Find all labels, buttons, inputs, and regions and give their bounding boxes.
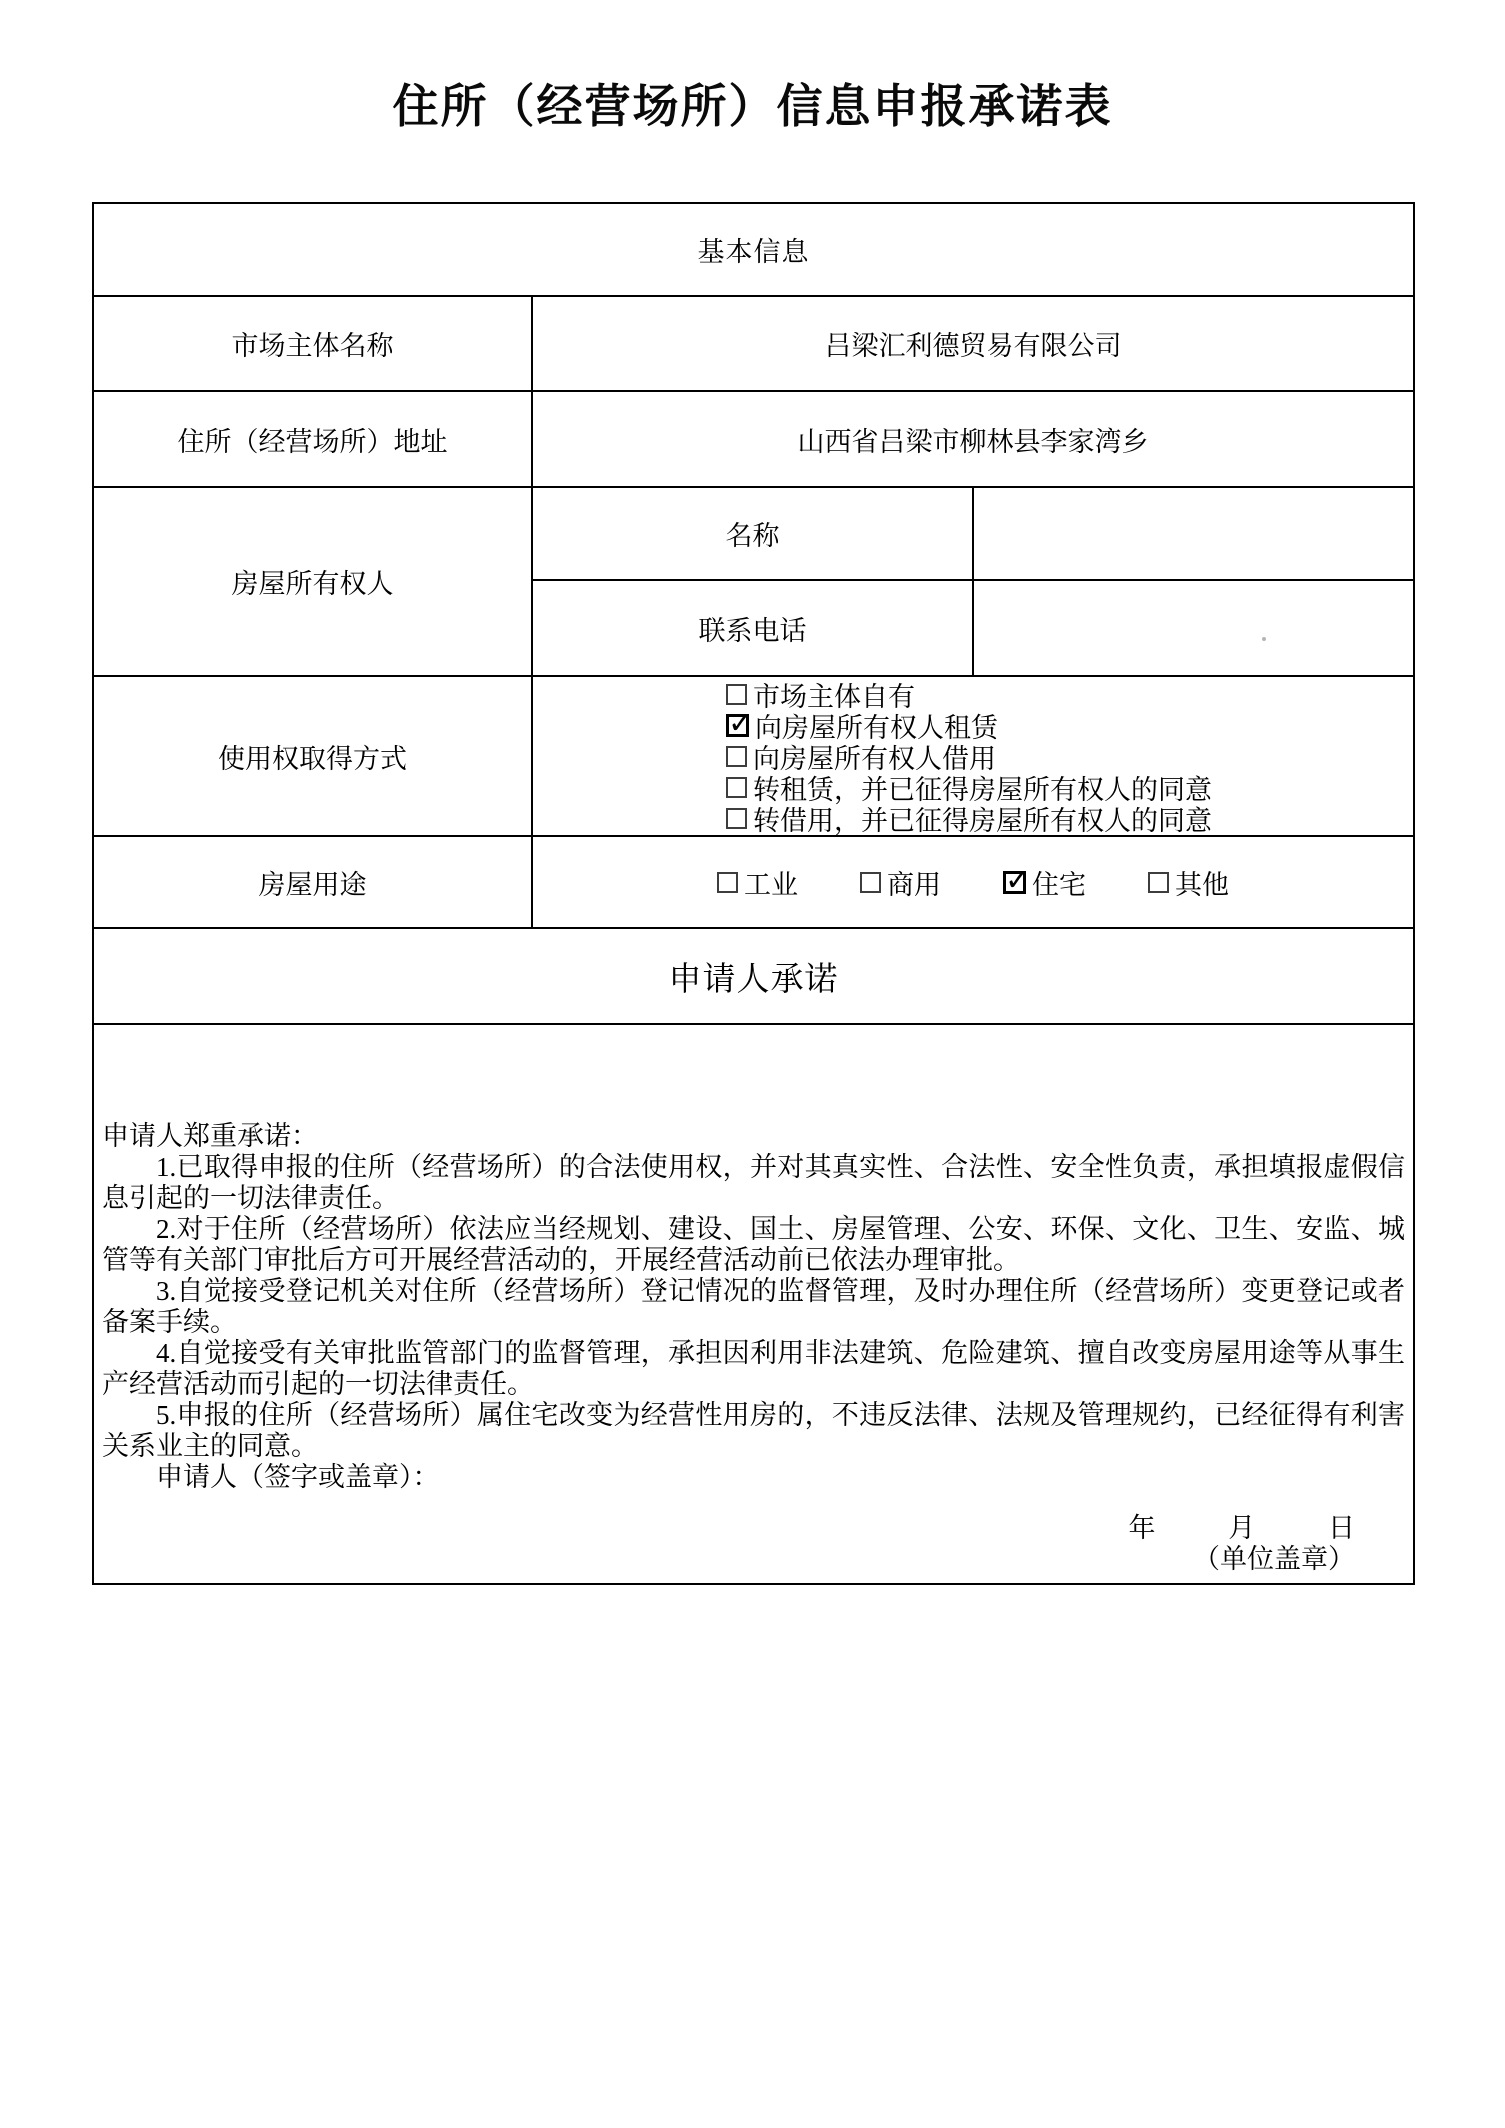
house-use-option-other[interactable]: 其他 xyxy=(1148,863,1229,902)
checkbox-icon[interactable] xyxy=(1148,872,1169,893)
house-use-option-residential[interactable]: 住宅 xyxy=(1003,863,1086,902)
date-day-label: 日 xyxy=(1328,1513,1355,1543)
house-use-option-label: 工业 xyxy=(744,863,798,902)
house-use-option-label: 其他 xyxy=(1175,863,1229,902)
commitment-item-4: 4.自觉接受有关审批监管部门的监督管理，承担因利用非法建筑、危险建筑、擅自改变房… xyxy=(102,1338,1405,1400)
checkbox-icon[interactable] xyxy=(726,777,747,798)
commitment-item-5: 5.申报的住所（经营场所）属住宅改变为经营性用房的，不违反法律、法规及管理规约，… xyxy=(102,1400,1405,1462)
house-use-option-label: 住宅 xyxy=(1032,863,1086,902)
owner-label: 房屋所有权人 xyxy=(93,487,532,676)
date-month-label: 月 xyxy=(1228,1513,1255,1543)
declaration-form-table: 基本信息 市场主体名称 吕梁汇利德贸易有限公司 住所（经营场所）地址 山西省吕梁… xyxy=(92,202,1415,1585)
commitment-item-1: 1.已取得申报的住所（经营场所）的合法使用权，并对其真实性、合法性、安全性负责，… xyxy=(102,1152,1405,1214)
entity-name-label: 市场主体名称 xyxy=(93,296,532,391)
stray-ink-mark xyxy=(1262,637,1266,641)
checkbox-icon[interactable] xyxy=(726,684,747,705)
checkbox-icon[interactable] xyxy=(726,808,747,829)
house-use-option-row: 工业 商用 住宅 其他 xyxy=(533,863,1413,902)
house-use-option-label: 商用 xyxy=(887,863,941,902)
commitment-item-3: 3.自觉接受登记机关对住所（经营场所）登记情况的监督管理，及时办理住所（经营场所… xyxy=(102,1276,1405,1338)
checkbox-checked-icon[interactable] xyxy=(726,714,749,737)
section-header-basic-info: 基本信息 xyxy=(93,203,1414,296)
usage-option-subborrow[interactable]: 转借用，并已征得房屋所有权人的同意 xyxy=(726,803,1413,834)
owner-phone-field[interactable] xyxy=(973,580,1414,676)
unit-seal-note: （单位盖章） xyxy=(1129,1544,1356,1575)
owner-name-field[interactable] xyxy=(973,487,1414,580)
owner-phone-label: 联系电话 xyxy=(532,580,973,676)
form-page: 住所（经营场所）信息申报承诺表 基本信息 市场主体名称 吕梁汇利德贸易有限公司 … xyxy=(0,0,1505,2128)
house-use-option-industrial[interactable]: 工业 xyxy=(717,863,798,902)
checkbox-checked-icon[interactable] xyxy=(1003,871,1026,894)
house-use-option-commercial[interactable]: 商用 xyxy=(860,863,941,902)
date-line: 年 月 日 xyxy=(1129,1513,1356,1544)
address-value: 山西省吕梁市柳林县李家湾乡 xyxy=(532,391,1414,487)
commitment-intro: 申请人郑重承诺： xyxy=(102,1121,1405,1152)
usage-right-label: 使用权取得方式 xyxy=(93,676,532,836)
usage-right-options: 市场主体自有 向房屋所有权人租赁 向房屋所有权人借用 转租赁，并已征得房屋所有权… xyxy=(532,676,1414,836)
entity-name-value: 吕梁汇利德贸易有限公司 xyxy=(532,296,1414,391)
section-header-applicant-commitment: 申请人承诺 xyxy=(93,928,1414,1024)
owner-name-label: 名称 xyxy=(532,487,973,580)
date-year-label: 年 xyxy=(1129,1513,1156,1543)
checkbox-icon[interactable] xyxy=(860,872,881,893)
house-use-label: 房屋用途 xyxy=(93,836,532,928)
commitment-item-2: 2.对于住所（经营场所）依法应当经规划、建设、国土、房屋管理、公安、环保、文化、… xyxy=(102,1214,1405,1276)
signature-label: 申请人（签字或盖章）： xyxy=(102,1462,1405,1493)
commitment-cell: 申请人郑重承诺： 1.已取得申报的住所（经营场所）的合法使用权，并对其真实性、合… xyxy=(93,1024,1414,1584)
date-and-seal-block: 年 月 日 （单位盖章） xyxy=(1129,1513,1356,1575)
checkbox-icon[interactable] xyxy=(726,746,747,767)
usage-option-list: 市场主体自有 向房屋所有权人租赁 向房屋所有权人借用 转租赁，并已征得房屋所有权… xyxy=(533,678,1413,834)
address-label: 住所（经营场所）地址 xyxy=(93,391,532,487)
page-title: 住所（经营场所）信息申报承诺表 xyxy=(0,70,1505,136)
usage-option-label: 转借用，并已征得房屋所有权人的同意 xyxy=(753,799,1212,837)
house-use-options: 工业 商用 住宅 其他 xyxy=(532,836,1414,928)
checkbox-icon[interactable] xyxy=(717,872,738,893)
